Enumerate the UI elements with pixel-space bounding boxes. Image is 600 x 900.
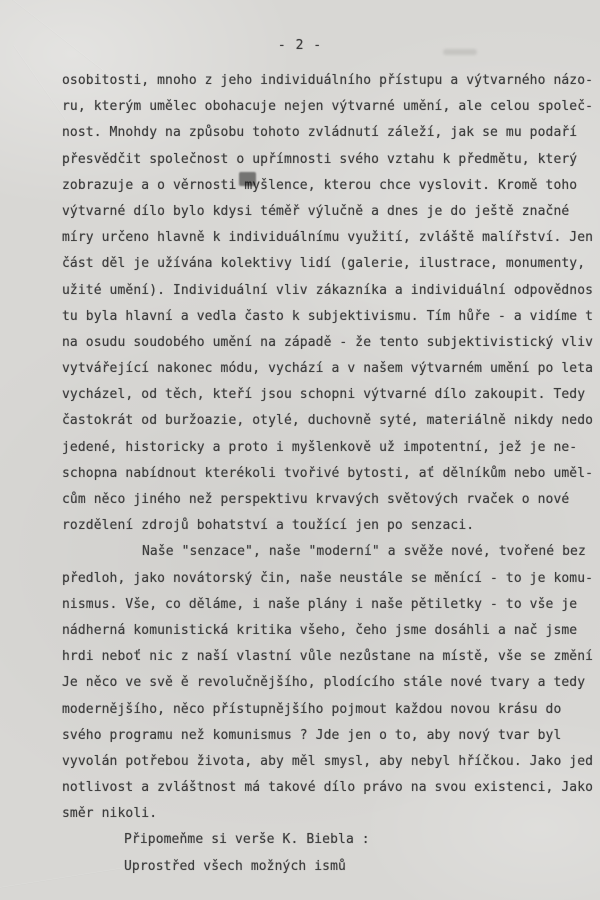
text-line: notlivost a zvláštnost má takové dílo pr… bbox=[62, 775, 600, 801]
text-line: jedené, historicky a proto i myšlenkově … bbox=[62, 435, 600, 461]
text-line: zobrazuje a o věrnosti myšlence, kterou … bbox=[62, 173, 600, 199]
text-line: schopna nabídnout kterékoli tvořivé byto… bbox=[62, 461, 600, 487]
text-line: tu byla hlavní a vedla často k subjektiv… bbox=[62, 304, 600, 330]
text-line: svého programu než komunismus ? Jde jen … bbox=[62, 723, 600, 749]
text-line: hrdi neboť nic z naší vlastní vůle nezůs… bbox=[62, 644, 600, 670]
text-line: rozdělení zdrojů bohatství a toužící jen… bbox=[62, 513, 600, 539]
text-line: nismus. Vše, co děláme, i naše plány i n… bbox=[62, 592, 600, 618]
text-line: Je něco ve svě ě revolučnějšího, plodící… bbox=[62, 670, 600, 696]
text-line: Uprostřed všech možných ismů bbox=[62, 854, 600, 880]
text-line: výtvarné dílo bylo kdysi téměř výlučně a… bbox=[62, 199, 600, 225]
text-line: vycházel, od těch, kteří jsou schopni vý… bbox=[62, 382, 600, 408]
text-line: část děl je užívána kolektivy lidí (gale… bbox=[62, 251, 600, 277]
text-line: na osudu soudobého umění na západě - že … bbox=[62, 330, 600, 356]
text-line: Připomeňme si verše K. Biebla : bbox=[62, 827, 600, 853]
text-line: častokrát od buržoazie, otylé, duchovně … bbox=[62, 408, 600, 434]
text-line: osobitosti, mnoho z jeho individuálního … bbox=[62, 68, 600, 94]
text-line: vytvářející nakonec módu, vychází a v na… bbox=[62, 356, 600, 382]
scanned-document-page: - 2 - osobitosti, mnoho z jeho individuá… bbox=[0, 0, 600, 900]
smudge-mark bbox=[443, 49, 477, 55]
text-line: předloh, jako novátorský čin, naše neust… bbox=[62, 566, 600, 592]
text-line: míry určeno hlavně k individuálnímu využ… bbox=[62, 225, 600, 251]
text-block: osobitosti, mnoho z jeho individuálního … bbox=[62, 68, 600, 880]
text-line: Naše "senzace", naše "moderní" a svěže n… bbox=[62, 539, 600, 565]
text-line: ru, kterým umělec obohacuje nejen výtvar… bbox=[62, 94, 600, 120]
text-line: modernějšího, něco přístupnějšího pojmou… bbox=[62, 697, 600, 723]
overtype-smudge bbox=[239, 172, 256, 186]
page-number: - 2 - bbox=[0, 38, 600, 53]
text-line: vyvolán potřebou života, aby měl smysl, … bbox=[62, 749, 600, 775]
text-line: cům něco jiného než perspektivu krvavých… bbox=[62, 487, 600, 513]
text-line: nádherná komunistická kritika všeho, čeh… bbox=[62, 618, 600, 644]
text-line: nost. Mnohdy na způsobu tohoto zvládnutí… bbox=[62, 120, 600, 146]
text-line: užité umění). Individuální vliv zákazník… bbox=[62, 278, 600, 304]
text-line: směr nikoli. bbox=[62, 801, 600, 827]
text-line: přesvědčit společnost o upřímnosti svého… bbox=[62, 147, 600, 173]
